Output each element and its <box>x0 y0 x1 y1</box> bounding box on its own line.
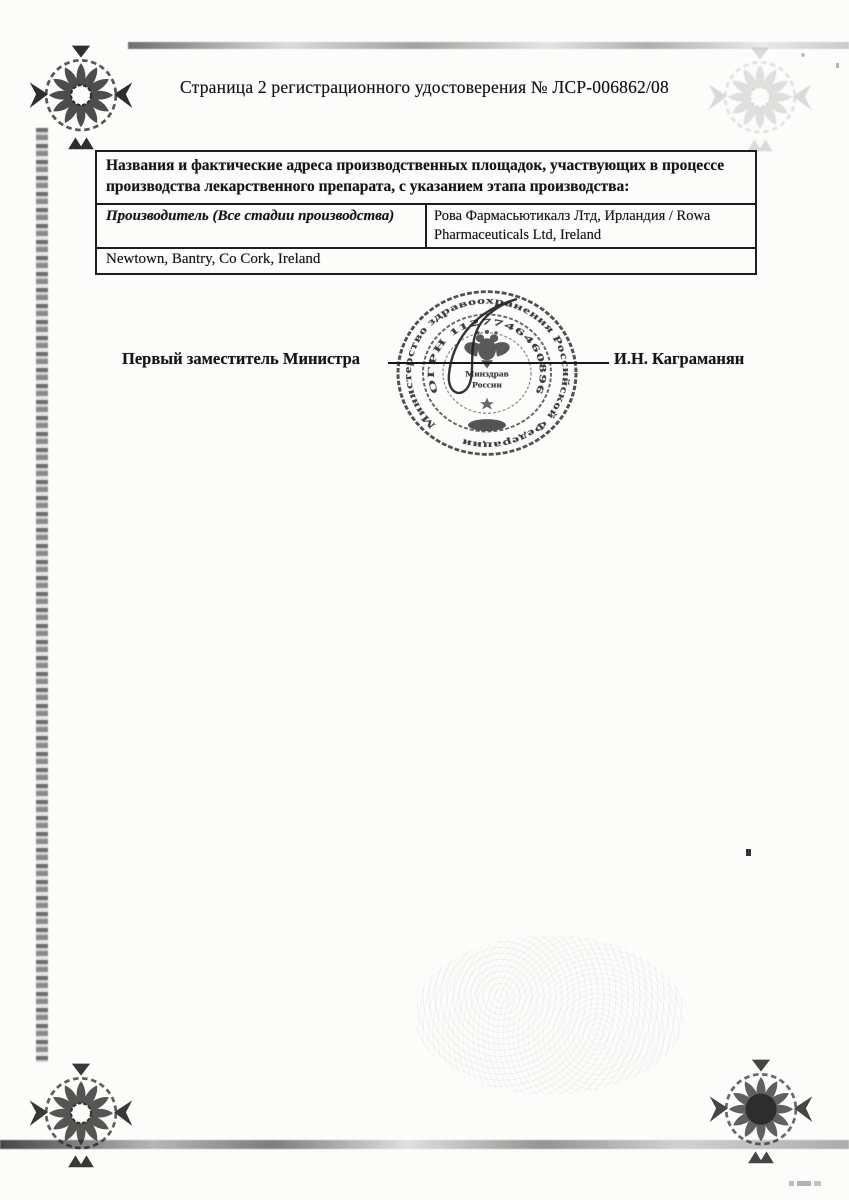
scan-speck <box>836 63 839 68</box>
border-band-left <box>36 128 48 1062</box>
certificate-page: Страница 2 регистрационного удостоверени… <box>0 0 849 1200</box>
rosette-ornament-bottom-right <box>706 1050 816 1172</box>
scan-speck <box>746 849 751 856</box>
table-row: Newtown, Bantry, Co Cork, Ireland <box>96 248 756 274</box>
table-title: Названия и фактические адреса производст… <box>96 151 756 204</box>
rosette-ornament-bottom-left <box>26 1054 136 1176</box>
production-sites-table: Названия и фактические адреса производст… <box>95 150 757 275</box>
producer-stage-cell: Производитель (Все стадии производства) <box>96 204 426 248</box>
signature-scrawl <box>390 280 590 460</box>
table-row: Названия и фактические адреса производст… <box>96 151 756 204</box>
address-cell: Newtown, Bantry, Co Cork, Ireland <box>96 248 756 274</box>
scan-speck <box>801 53 805 57</box>
signatory-title: Первый заместитель Министра <box>122 349 360 369</box>
signatory-name: И.Н. Каграманян <box>614 349 744 369</box>
table-row: Производитель (Все стадии производства) … <box>96 204 756 248</box>
scan-noise-cloud <box>415 935 685 1095</box>
punch-hole-dot <box>745 1094 776 1125</box>
page-header: Страница 2 регистрационного удостоверени… <box>0 77 849 98</box>
manufacturer-cell: Рова Фармасьютикалз Лтд, Ирландия / Rowa… <box>426 204 756 248</box>
rosette-ornament-top-right <box>705 38 815 160</box>
scanner-watermark <box>789 1181 829 1186</box>
